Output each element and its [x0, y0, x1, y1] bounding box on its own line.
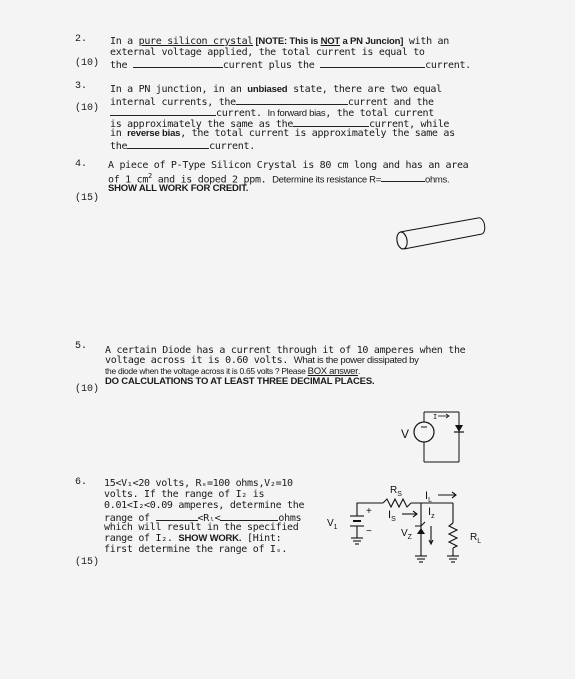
is-label: IS: [388, 509, 396, 523]
text: Determine its resistance R=: [272, 174, 381, 185]
question-text-line: in reverse bias, the total current is ap…: [110, 128, 455, 139]
question-text-line: 15<V₁<20 volts, Rₛ=100 ohms,V₂=10: [104, 478, 293, 489]
text: the: [110, 60, 133, 71]
cylinder-diagram: [390, 215, 490, 255]
answer-blank[interactable]: [293, 117, 369, 127]
text: In a: [110, 36, 139, 47]
question-text-line: voltage across it is 0.60 volts. What is…: [105, 355, 419, 366]
question-text-line: volts. If the range of I₂ is: [104, 489, 264, 500]
text: in: [110, 128, 127, 139]
question-points: (10): [75, 384, 99, 395]
underlined-text: pure silicon crystal: [139, 36, 253, 47]
answer-blank[interactable]: [381, 172, 425, 182]
text: voltage across it is 0.60 volts.: [105, 355, 294, 366]
text: [Hint:: [241, 533, 281, 544]
rs-label: RS: [390, 485, 402, 498]
voltage-source-icon: [414, 422, 434, 442]
note-emphasis: NOT: [321, 36, 340, 47]
question-points: (10): [75, 58, 99, 69]
question-text-line: thecurrent.: [110, 139, 255, 152]
text: What is the power dissipated by: [294, 355, 419, 366]
note-text: a PN Juncion]: [340, 36, 403, 47]
text: state, there are two equal: [287, 84, 441, 95]
resistor-rs-icon: [383, 499, 411, 507]
answer-blank[interactable]: [110, 106, 216, 116]
iz-label: Iz: [428, 506, 435, 520]
question-text-line: the current plus the current.: [110, 58, 471, 71]
note-text: [NOTE: This is: [253, 36, 321, 47]
question-text-line: first determine the range of Iₛ.: [104, 544, 287, 555]
answer-blank[interactable]: [220, 511, 278, 521]
text: In a PN junction, in an: [110, 84, 247, 95]
answer-blank[interactable]: [127, 139, 209, 149]
text: .: [358, 366, 360, 376]
question-points: (15): [75, 193, 99, 204]
question-number: 5.: [75, 341, 87, 352]
question-points: (15): [75, 557, 99, 568]
plus-sign: +: [366, 506, 372, 517]
text: with an: [403, 36, 449, 47]
resistor-rl-icon: [449, 523, 457, 548]
question-points: (10): [75, 103, 99, 114]
text: current.: [209, 141, 255, 152]
question-text-line: DO CALCULATIONS TO AT LEAST THREE DECIMA…: [105, 376, 374, 387]
question-number: 6.: [75, 477, 87, 488]
minus-sign: −: [366, 526, 372, 537]
text: , the total current is approximately the…: [180, 128, 455, 139]
question-number: 3.: [75, 81, 87, 92]
text: range of I₂.: [104, 533, 178, 544]
v1-label: V1: [327, 518, 338, 531]
question-text-line: 0.01<I₂<0.09 amperes, determine the: [104, 500, 304, 511]
emphasis-text: reverse bias: [127, 128, 180, 139]
question-number: 2.: [75, 34, 87, 45]
question-text-line: which will result in the specified: [104, 522, 299, 533]
question-text-line: A piece of P-Type Silicon Crystal is 80 …: [108, 160, 468, 171]
exam-page: 2. (10) In a pure silicon crystal [NOTE:…: [0, 0, 575, 679]
zener-diode-icon: [415, 522, 425, 526]
question-number: 4.: [75, 159, 87, 170]
answer-blank[interactable]: [320, 58, 425, 68]
question-text-line: SHOW ALL WORK FOR CREDIT.: [108, 183, 248, 194]
zener-regulator-circuit-diagram: V1 + − RS IL IS Iz VZ RL: [325, 478, 495, 573]
text: ohms.: [425, 174, 449, 185]
text: current plus the: [223, 60, 320, 71]
question-text-line: In a pure silicon crystal [NOTE: This is…: [110, 36, 449, 47]
emphasis-text: SHOW WORK.: [178, 533, 241, 544]
question-text-line: external voltage applied, the total curr…: [110, 47, 425, 58]
text: current.: [425, 60, 471, 71]
answer-blank[interactable]: [133, 58, 223, 68]
emphasis-text: unbiased: [247, 84, 287, 95]
source-label: V: [401, 427, 409, 441]
vz-label: VZ: [401, 528, 413, 541]
answer-blank[interactable]: [156, 511, 198, 521]
question-text-line: range of I₂. SHOW WORK. [Hint:: [104, 533, 281, 544]
rl-label: RL: [470, 532, 481, 545]
text: the: [110, 141, 127, 152]
diode-circuit-diagram: V I: [395, 405, 470, 470]
question-text-line: In a PN junction, in an unbiased state, …: [110, 84, 442, 95]
text: the diode when the voltage across it is …: [105, 366, 308, 376]
current-label: I: [433, 414, 437, 422]
diode-icon: [455, 425, 463, 432]
answer-blank[interactable]: [236, 95, 348, 105]
il-label: IL: [425, 490, 432, 504]
